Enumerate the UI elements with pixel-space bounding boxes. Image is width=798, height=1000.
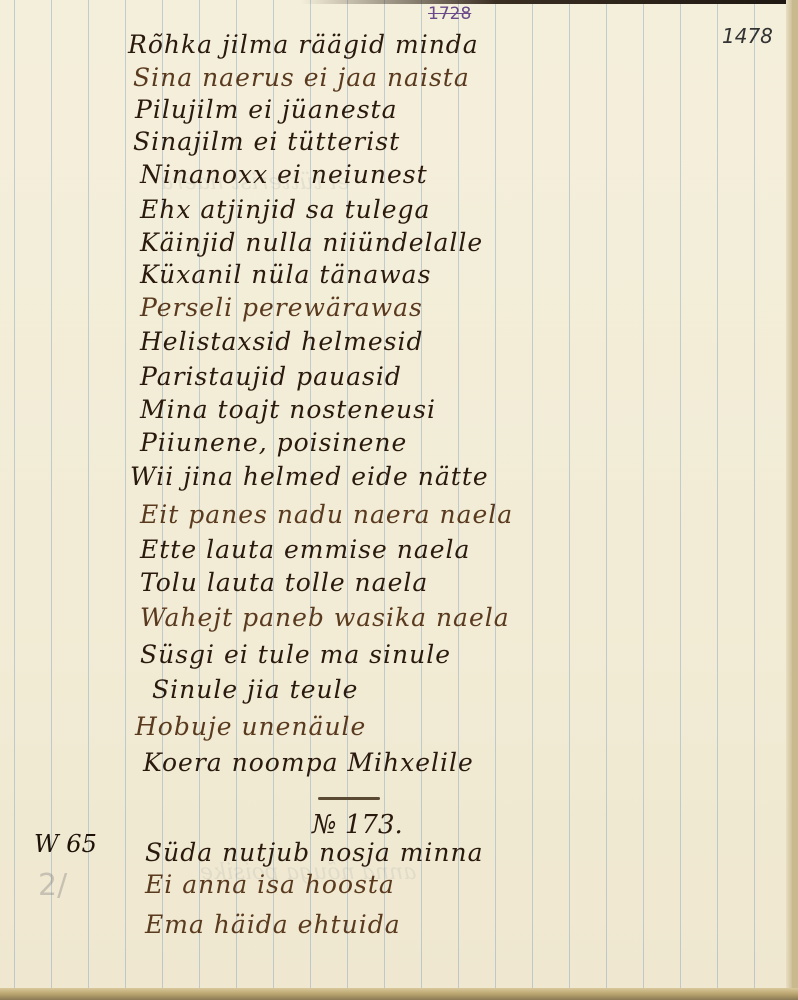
stamp-number: 1728 bbox=[428, 4, 471, 24]
poem-line: Ninanoxx ei neiunest bbox=[140, 160, 428, 189]
poem-line: Tolu lauta tolle naela bbox=[140, 568, 428, 597]
poem-number-heading: № 173. bbox=[312, 810, 403, 840]
poem-line: Eit panes nadu naera naela bbox=[140, 500, 513, 529]
poem-line: Helistaxsid helmesid bbox=[140, 327, 423, 356]
poem-line: Sina naerus ei jaa naista bbox=[133, 63, 470, 92]
poem-line: Ehx atjinjid sa tulega bbox=[140, 195, 430, 224]
poem-line: Perseli perewärawas bbox=[140, 293, 423, 322]
page-bottom-edge bbox=[0, 988, 798, 1000]
poem-line: Küxanil nüla tänawas bbox=[140, 260, 431, 289]
poem-line: Sinule jia teule bbox=[152, 675, 358, 704]
manuscript-page: ei tütterist naera anna nõuga poisike 17… bbox=[0, 0, 792, 990]
poem-line: Süda nutjub nosja minna bbox=[145, 838, 484, 867]
poem-line: Sinajilm ei tütterist bbox=[133, 127, 400, 156]
poem-line: Wii jina helmed eide nätte bbox=[130, 462, 489, 491]
poem-line: Hobuje unenäule bbox=[135, 712, 366, 741]
poem-line: Pilujilm ei jüanesta bbox=[135, 95, 397, 124]
page-top-edge bbox=[300, 0, 792, 4]
margin-pencil-mark: 2/ bbox=[38, 868, 67, 903]
poem-line: Paristaujid pauasid bbox=[140, 362, 402, 391]
poem-line: Wahejt paneb wasika naela bbox=[140, 603, 510, 632]
poem-line: Käinjid nulla niiündelalle bbox=[140, 228, 483, 257]
poem-line: Ette lauta emmise naela bbox=[140, 535, 470, 564]
margin-note: W 65 bbox=[34, 830, 97, 858]
section-divider bbox=[318, 797, 380, 800]
page-number: 1478 bbox=[722, 24, 773, 48]
poem-line: Ei anna isa hoosta bbox=[145, 870, 395, 899]
poem-line: Rõhka jilma räägid minda bbox=[128, 30, 479, 59]
page-right-edge bbox=[786, 0, 792, 990]
poem-line: Piiunene, poisinene bbox=[140, 428, 407, 457]
poem-line: Mina toajt nosteneusi bbox=[140, 395, 436, 424]
poem-line: Ema häida ehtuida bbox=[145, 910, 401, 939]
poem-line: Süsgi ei tule ma sinule bbox=[140, 640, 451, 669]
poem-line: Koera noompa Mihxelile bbox=[143, 748, 474, 777]
